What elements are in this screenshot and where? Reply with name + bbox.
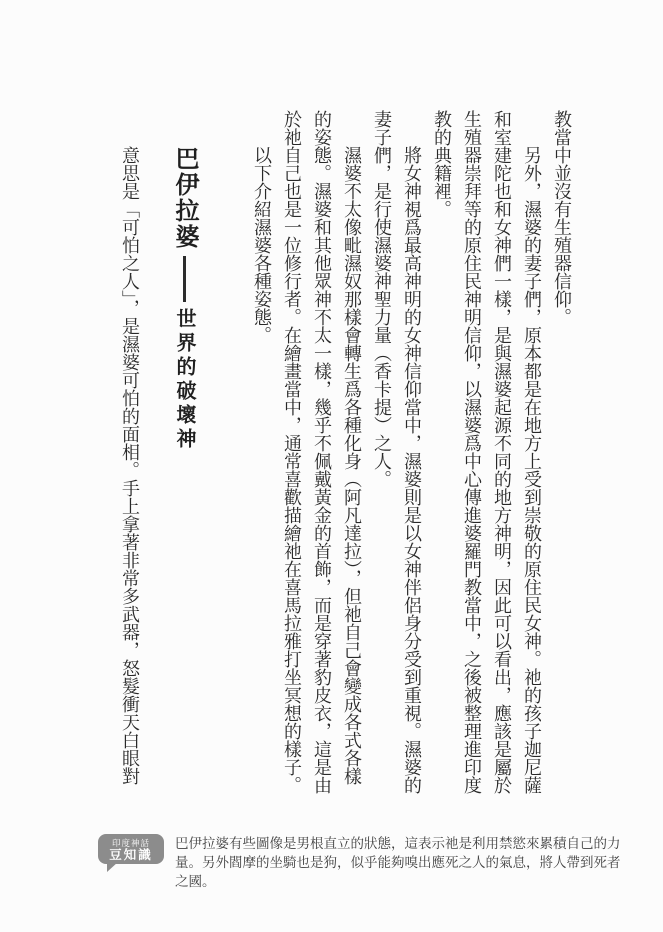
trivia-text-line: 量。另外閻摩的坐騎也是狗，似乎能夠嗅出應死之人的氣息，將人帶到死者 — [175, 853, 601, 872]
paragraph: 以下介紹濕婆各種姿態。 — [247, 110, 277, 796]
book-page: { "article": { "paragraphs": [ { "text":… — [0, 0, 663, 932]
section-heading: 巴伊拉婆──世界的破壞神 — [167, 110, 201, 796]
article-vertical-text: 教當中並沒有生殖器信仰。 另外，濕婆的妻子們，原本都是在地方上受到崇敬的原住民女… — [115, 110, 577, 796]
trivia-text-line: 巴伊拉婆有些圖像是男根直立的狀態，這表示祂是利用禁慾來累積自己的力 — [175, 834, 601, 853]
heading-title: 巴伊拉婆 — [171, 146, 198, 250]
heading-subtitle: 世界的破壞神 — [173, 308, 195, 452]
trivia-text: 巴伊拉婆有些圖像是男根直立的狀態，這表示祂是利用禁慾來累積自己的力 量。另外閻摩… — [175, 834, 601, 891]
trivia-text-line: 之國。 — [175, 872, 601, 891]
trivia-footnote: 印度神話 豆知識 巴伊拉婆有些圖像是男根直立的狀態，這表示祂是利用禁慾來累積自己… — [98, 834, 598, 891]
trivia-badge-bubble: 印度神話 豆知識 — [98, 834, 164, 864]
paragraph: 意思是「可怕之人」，是濕婆可怕的面相。手上拿著非常多武器，怒髮衝天白眼對 — [115, 110, 145, 796]
paragraph: 將女神視爲最高神明的女神信仰當中，濕婆則是以女神伴侶身分受到重視。濕婆的妻子們，… — [367, 110, 427, 796]
trivia-badge-label: 豆知識 — [98, 848, 164, 862]
paragraph: 另外，濕婆的妻子們，原本都是在地方上受到崇敬的原住民女神。祂的孩子迦尼薩和室建陀… — [427, 110, 547, 796]
paragraph: 教當中並沒有生殖器信仰。 — [547, 110, 577, 796]
heading-dash: ── — [183, 256, 186, 302]
paragraph: 濕婆不太像毗濕奴那樣會轉生爲各種化身（阿凡達拉），但祂自己會變成各式各樣的姿態。… — [277, 110, 367, 796]
trivia-badge-category: 印度神話 — [98, 838, 164, 848]
